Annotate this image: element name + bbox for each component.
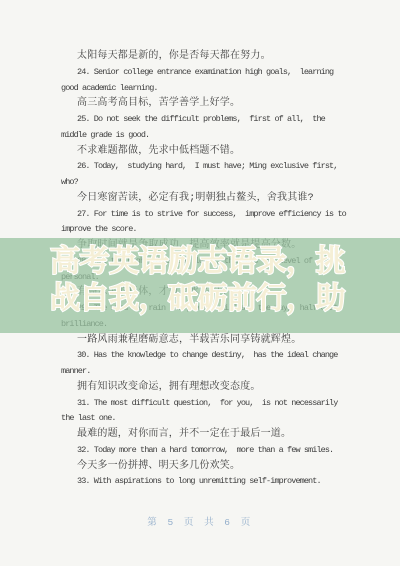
document-line: 32. Today more than a hard tomorrow, mor… xyxy=(61,443,361,459)
document-line: who? xyxy=(61,175,361,191)
document-line: 一路风雨兼程磨砺意志，半载苦乐同享铸就辉煌。 xyxy=(61,333,361,349)
document-line: improve the score. xyxy=(61,222,361,238)
document-line: 不求难题都做，先求中低档题不错。 xyxy=(61,144,361,160)
document-line: manner. xyxy=(61,364,361,380)
document-line: 27. For time is to strive for success, i… xyxy=(61,207,361,223)
document-line: 高三高考高目标，苦学善学上好学。 xyxy=(61,96,361,112)
document-line: 太阳每天都是新的，你是否每天都在努力。 xyxy=(61,49,361,65)
document-line: 25. Do not seek the difficult problems, … xyxy=(61,112,361,128)
document-line: brilliance. xyxy=(61,317,361,333)
document-page: 太阳每天都是新的，你是否每天都在努力。24. Senior college en… xyxy=(0,0,400,566)
document-line: 26. Today, studying hard, I must have; M… xyxy=(61,159,361,175)
document-line: the last one. xyxy=(61,411,361,427)
document-line: 拥有知识改变命运，拥有理想改变态度。 xyxy=(61,380,361,396)
document-line: middle grade is good. xyxy=(61,128,361,144)
document-line: 30. Has the knowledge to change destiny,… xyxy=(61,348,361,364)
page-number-footer: 第 5 页 共 6 页 xyxy=(0,514,400,528)
document-line: 今天多一份拼搏、明天多几份欢笑。 xyxy=(61,459,361,475)
document-line: 今日寒窗苦读，必定有我;明朝独占鳌头，舍我其谁? xyxy=(61,191,361,207)
overlay-title: 高考英语励志语录，挑战自我，砥砺前行，助 xyxy=(50,243,362,317)
document-line: 33. With aspirations to long unremitting… xyxy=(61,474,361,490)
document-line: 最难的题，对你而言，并不一定在于最后一道。 xyxy=(61,427,361,443)
document-line: 24. Senior college entrance examination … xyxy=(61,65,361,81)
document-line: 31. The most difficult question, for you… xyxy=(61,396,361,412)
document-line: good academic learning. xyxy=(61,81,361,97)
